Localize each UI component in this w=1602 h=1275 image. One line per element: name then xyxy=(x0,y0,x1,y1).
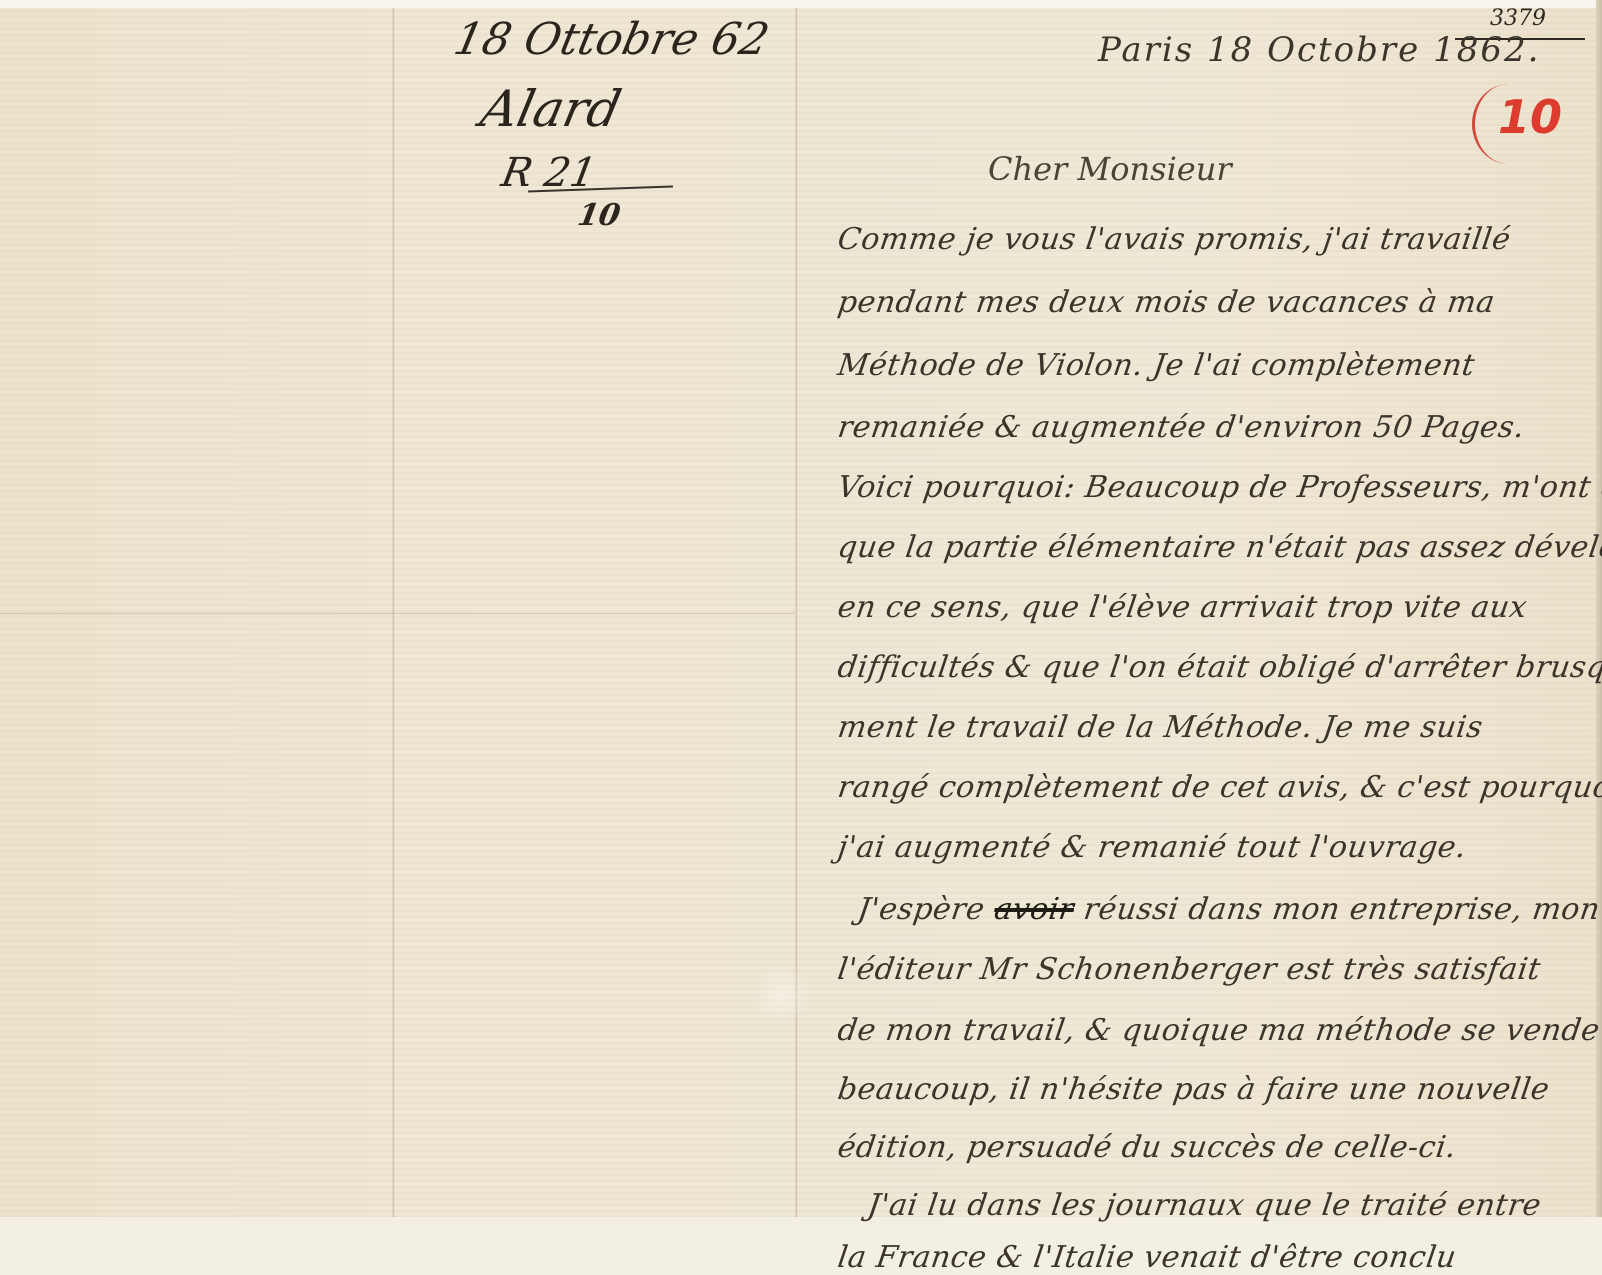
letter-line-start: J'espère xyxy=(856,892,987,927)
letter-line: rangé complètement de cet avis, & c'est … xyxy=(836,770,1602,805)
docket-date: 18 Ottobre 62 xyxy=(450,14,774,65)
stamp-number: 10 xyxy=(1498,90,1562,144)
letter-line: l'éditeur Mr Schonenberger est très sati… xyxy=(836,952,1543,987)
letter-place-date: Paris 18 Octobre 1862. xyxy=(1098,30,1540,70)
paper-top-edge xyxy=(0,0,1602,8)
letter-line: que la partie élémentaire n'était pas as… xyxy=(836,530,1602,565)
letter-line-with-strikethrough: J'espère avoir réussi dans mon entrepris… xyxy=(856,892,1602,927)
docket-name: Alard xyxy=(476,80,626,138)
letter-line: ment le travail de la Méthode. Je me sui… xyxy=(836,710,1485,745)
struck-word: avoir xyxy=(992,892,1076,927)
letter-scan: 18 Ottobre 62 Alard R 21 10 3379 10 Pari… xyxy=(0,0,1602,1217)
letter-line: Comme je vous l'avais promis, j'ai trava… xyxy=(836,222,1513,257)
fold-line-horizontal xyxy=(0,612,795,615)
letter-line: remaniée & augmentée d'environ 50 Pages. xyxy=(836,410,1527,445)
letter-salutation: Cher Monsieur xyxy=(988,150,1232,188)
letter-line-rest: réussi dans mon entreprise, mon xyxy=(1081,892,1602,927)
letter-line: édition, persuadé du succès de celle-ci. xyxy=(836,1130,1459,1165)
letter-line: pendant mes deux mois de vacances à ma xyxy=(836,285,1498,320)
embossed-seal xyxy=(752,965,812,1025)
letter-line: Voici pourquoi: Beaucoup de Professeurs,… xyxy=(836,470,1602,505)
catalog-number: 3379 xyxy=(1490,6,1546,31)
letter-line: j'ai augmenté & remanié tout l'ouvrage. xyxy=(836,830,1469,865)
fold-line-vertical-center xyxy=(795,8,798,1217)
letter-line: de mon travail, & quoique ma méthode se … xyxy=(836,1013,1602,1048)
letter-line: J'ai lu dans les journaux que le traité … xyxy=(866,1188,1544,1217)
docket-sub-reference: 10 xyxy=(575,198,623,233)
letter-line: beaucoup, il n'hésite pas à faire une no… xyxy=(836,1072,1552,1107)
letter-line: difficultés & que l'on était obligé d'ar… xyxy=(836,650,1602,685)
letter-line: en ce sens, que l'élève arrivait trop vi… xyxy=(836,590,1530,625)
letter-line: Méthode de Violon. Je l'ai complètement xyxy=(836,348,1478,383)
red-stamp: 10 xyxy=(1472,84,1542,154)
